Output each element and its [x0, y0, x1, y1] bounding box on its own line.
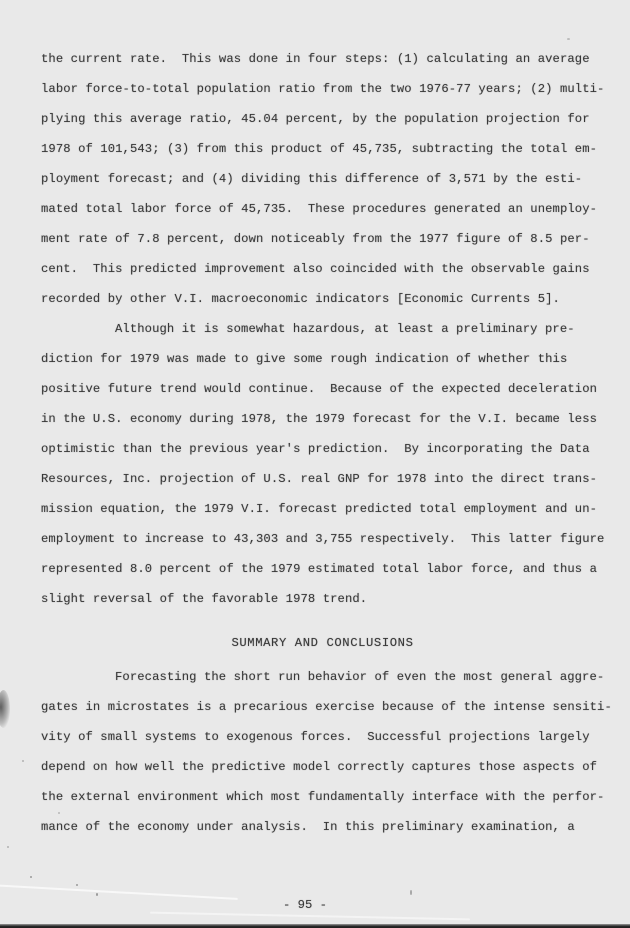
dust-speckle: [7, 846, 9, 848]
text-line: employment to increase to 43,303 and 3,7…: [41, 524, 604, 554]
page-number: - 95 -: [0, 898, 610, 912]
text-line: labor force-to-total population ratio fr…: [41, 74, 604, 104]
dust-speckle: [30, 876, 32, 878]
document-body: the current rate. This was done in four …: [41, 44, 604, 842]
text-line: mance of the economy under analysis. In …: [41, 812, 604, 842]
text-line: 1978 of 101,543; (3) from this product o…: [41, 134, 604, 164]
text-line: slight reversal of the favorable 1978 tr…: [41, 584, 604, 614]
text-line: the current rate. This was done in four …: [41, 44, 604, 74]
paragraph-3: Forecasting the short run behavior of ev…: [41, 662, 604, 842]
dust-speckle: [76, 884, 78, 886]
text-line: recorded by other V.I. macroeconomic ind…: [41, 284, 604, 314]
text-line: Although it is somewhat hazardous, at le…: [41, 314, 604, 344]
scan-bottom-edge: [0, 924, 630, 928]
ink-smudge-artifact: [0, 690, 10, 728]
document-page: the current rate. This was done in four …: [0, 0, 630, 928]
text-line: in the U.S. economy during 1978, the 197…: [41, 404, 604, 434]
dust-speckle: [96, 893, 98, 896]
text-line: mission equation, the 1979 V.I. forecast…: [41, 494, 604, 524]
dust-speckle: [567, 38, 570, 40]
text-line: Resources, Inc. projection of U.S. real …: [41, 464, 604, 494]
text-line: the external environment which most fund…: [41, 782, 604, 812]
dust-speckle: [22, 760, 24, 762]
text-line: vity of small systems to exogenous force…: [41, 722, 604, 752]
text-line: Forecasting the short run behavior of ev…: [41, 662, 604, 692]
text-line: positive future trend would continue. Be…: [41, 374, 604, 404]
paragraph-2: Although it is somewhat hazardous, at le…: [41, 314, 604, 614]
text-line: plying this average ratio, 45.04 percent…: [41, 104, 604, 134]
section-heading: SUMMARY AND CONCLUSIONS: [41, 628, 604, 658]
text-line: depend on how well the predictive model …: [41, 752, 604, 782]
dust-speckle: [58, 812, 60, 814]
text-line: cent. This predicted improvement also co…: [41, 254, 604, 284]
text-line: mated total labor force of 45,735. These…: [41, 194, 604, 224]
text-line: diction for 1979 was made to give some r…: [41, 344, 604, 374]
text-line: represented 8.0 percent of the 1979 esti…: [41, 554, 604, 584]
scan-crease-artifact: [150, 912, 470, 921]
dust-speckle: [410, 890, 412, 895]
text-line: optimistic than the previous year's pred…: [41, 434, 604, 464]
text-line: gates in microstates is a precarious exe…: [41, 692, 604, 722]
text-line: ment rate of 7.8 percent, down noticeabl…: [41, 224, 604, 254]
text-line: ployment forecast; and (4) dividing this…: [41, 164, 604, 194]
paragraph-1: the current rate. This was done in four …: [41, 44, 604, 314]
